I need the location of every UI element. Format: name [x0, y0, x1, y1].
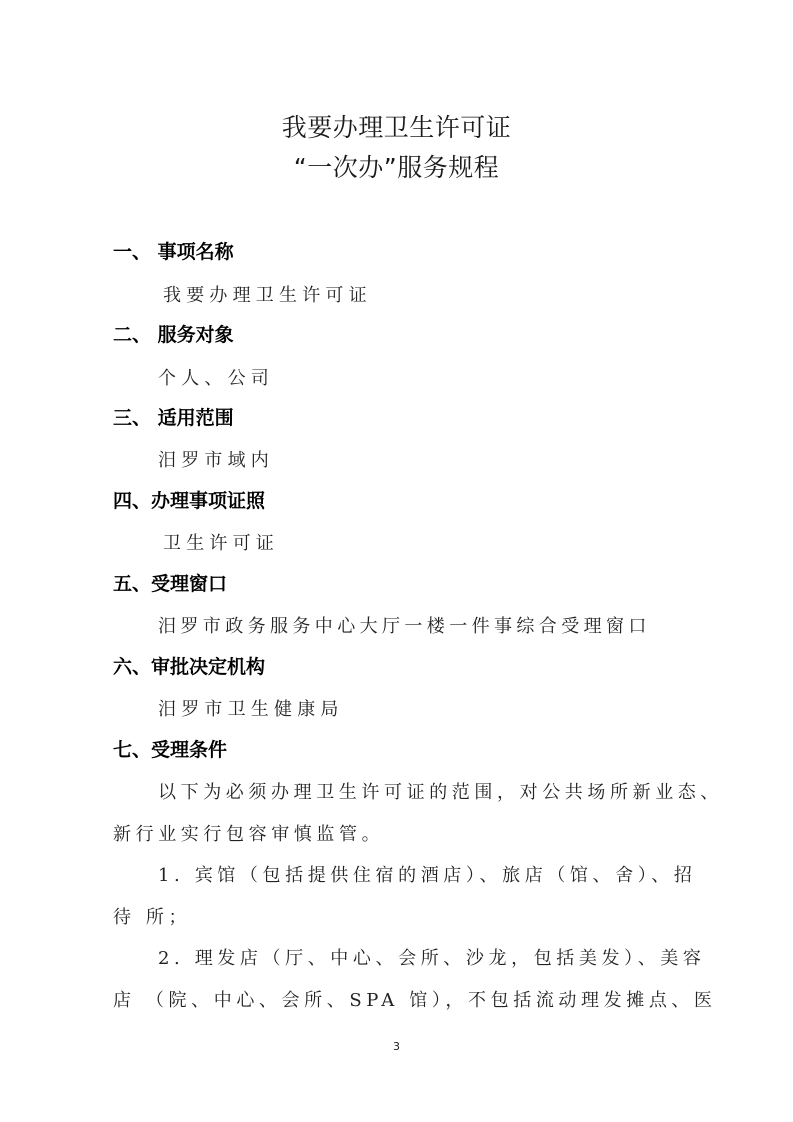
page-number: 3 [0, 1040, 793, 1053]
section-content-4: 卫生许可证 [163, 529, 279, 555]
section-heading-6: 六、审批决定机构 [113, 652, 265, 679]
condition-item-1-line1: 1. 宾馆（包括提供住宿的酒店）、旅店（馆、舍）、招 [158, 861, 697, 887]
document-title-line2: “一次办”服务规程 [0, 148, 793, 184]
section-content-1: 我要办理卫生许可证 [163, 281, 372, 307]
document-title-line1: 我要办理卫生许可证 [0, 108, 793, 144]
condition-item-2-line2: 店 （院、中心、会所、SPA 馆），不包括流动理发摊点、医 [113, 986, 717, 1012]
section-heading-2: 二、 服务对象 [113, 320, 234, 347]
conditions-intro-line2: 新行业实行包容审慎监管。 [113, 820, 384, 846]
section-heading-7: 七、受理条件 [113, 735, 227, 762]
section-content-5: 汨罗市政务服务中心大厅一楼一件事综合受理窗口 [158, 612, 651, 638]
section-content-6: 汨罗市卫生健康局 [158, 695, 344, 721]
conditions-intro-line1: 以下为必须办理卫生许可证的范围，对公共场所新业态、 [158, 778, 723, 804]
section-content-2: 个人、公司 [158, 364, 274, 390]
section-heading-1: 一、 事项名称 [113, 237, 234, 264]
condition-item-2-line1: 2. 理发店（厅、中心、会所、沙龙，包括美发）、美容 [158, 944, 706, 970]
section-heading-4: 四、办理事项证照 [113, 486, 265, 513]
condition-item-1-line2: 待 所； [113, 903, 191, 929]
section-content-3: 汨罗市域内 [158, 446, 274, 472]
section-heading-5: 五、受理窗口 [113, 569, 227, 596]
section-heading-3: 三、 适用范围 [113, 403, 234, 430]
